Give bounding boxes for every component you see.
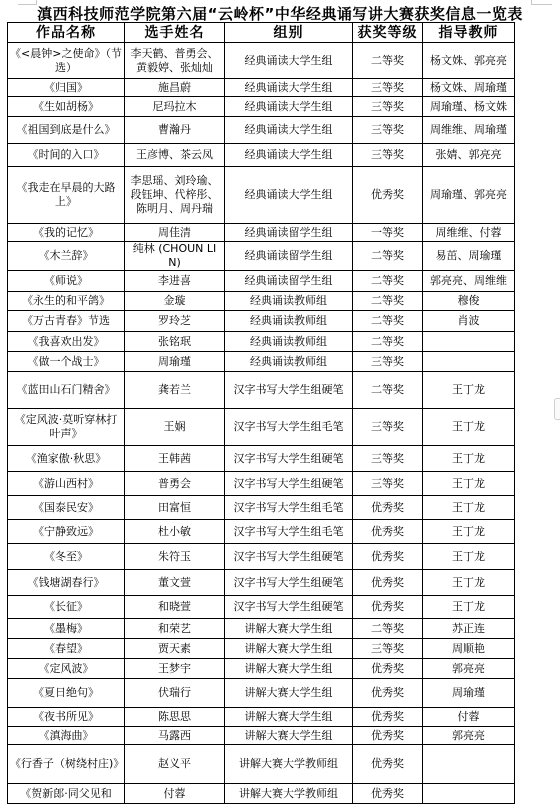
players-cell: 尼玛拉木	[125, 97, 225, 117]
table-row: 《木兰辞》纯林 (CHOUN LIN)经典诵读留学生组二等奖易茁、周瑜瑾	[8, 242, 515, 271]
table-row: 《滇海曲》马露西讲解大赛大学生组优秀奖郭亮亮	[8, 727, 515, 745]
teacher-cell: 王丁龙	[423, 372, 515, 409]
teacher-cell: 周维维、周瑜瑾	[423, 117, 515, 144]
group-cell: 汉字书写大学生组硬笔	[225, 596, 353, 619]
teacher-cell: 易茁、周瑜瑾	[423, 242, 515, 271]
header-level: 获奖等级	[353, 23, 423, 43]
players-cell: 普勇会	[125, 472, 225, 496]
work-cell: 《行香子（树绕村庄)》	[8, 745, 125, 784]
award-level-cell: 三等奖	[353, 472, 423, 496]
award-level-cell: 一等奖	[353, 224, 423, 242]
table-row: 《永生的和平鸽》金璇经典诵读教师组二等奖穆俊	[8, 292, 515, 311]
players-cell: 付蓉	[125, 784, 225, 804]
award-level-cell: 三等奖	[353, 639, 423, 659]
awards-table: 作品名称 选手姓名 组别 获奖等级 指导教师 《<晨钟>之使命》（节选）李天鹤、…	[7, 22, 515, 804]
teacher-cell: 郭亮亮	[423, 659, 515, 679]
teacher-cell: 王丁龙	[423, 544, 515, 570]
award-level-cell: 二等奖	[353, 372, 423, 409]
teacher-cell	[423, 352, 515, 372]
award-level-cell: 优秀奖	[353, 570, 423, 596]
table-row: 《定风波·莫听穿林打叶声》王娴汉字书写大学生组毛笔三等奖王丁龙	[8, 409, 515, 446]
players-cell: 罗玲芝	[125, 311, 225, 332]
award-level-cell: 优秀奖	[353, 745, 423, 784]
table-row: 《钱塘湖春行》董文萱汉字书写大学生组硬笔优秀奖王丁龙	[8, 570, 515, 596]
teacher-cell: 周瑜瑾、郭亮亮	[423, 167, 515, 224]
work-cell: 《钱塘湖春行》	[8, 570, 125, 596]
award-level-cell: 优秀奖	[353, 679, 423, 708]
award-level-cell: 优秀奖	[353, 167, 423, 224]
table-row: 《冬至》朱符玉汉字书写大学生组硬笔优秀奖王丁龙	[8, 544, 515, 570]
table-row: 《做一个战士》周瑜瑾经典诵读教师组三等奖	[8, 352, 515, 372]
players-cell: 王韩茜	[125, 446, 225, 472]
players-cell: 王娴	[125, 409, 225, 446]
group-cell: 汉字书写大学生组硬笔	[225, 570, 353, 596]
players-cell: 陈思思	[125, 708, 225, 727]
table-row: 《祖国到底是什么》曹瀚丹经典诵读大学生组三等奖周维维、周瑜瑾	[8, 117, 515, 144]
group-cell: 经典诵读大学生组	[225, 144, 353, 167]
teacher-cell: 周瑜瑾	[423, 679, 515, 708]
table-row: 《<晨钟>之使命》（节选）李天鹤、普勇会、黄毅婷、张灿灿经典诵读大学生组二等奖杨…	[8, 43, 515, 79]
award-level-cell: 三等奖	[353, 144, 423, 167]
header-work: 作品名称	[8, 23, 125, 43]
award-level-cell: 二等奖	[353, 271, 423, 292]
table-header-row: 作品名称 选手姓名 组别 获奖等级 指导教师	[8, 23, 515, 43]
work-cell: 《游山西村》	[8, 472, 125, 496]
work-cell: 《生如胡杨》	[8, 97, 125, 117]
group-cell: 经典诵读大学生组	[225, 117, 353, 144]
table-row: 《蓝田山石门精舍》龚若兰汉字书写大学生组硬笔二等奖王丁龙	[8, 372, 515, 409]
players-cell: 朱符玉	[125, 544, 225, 570]
table-row: 《夜书所见》陈思思讲解大赛大学生组优秀奖付蓉	[8, 708, 515, 727]
work-cell: 《夜书所见》	[8, 708, 125, 727]
work-cell: 《<晨钟>之使命》（节选）	[8, 43, 125, 79]
work-cell: 《长征》	[8, 596, 125, 619]
work-cell: 《定风波》	[8, 659, 125, 679]
table-row: 《我喜欢出发》张铭珉经典诵读教师组二等奖	[8, 332, 515, 352]
work-cell: 《夏日绝句》	[8, 679, 125, 708]
award-level-cell: 二等奖	[353, 43, 423, 79]
work-cell: 《定风波·莫听穿林打叶声》	[8, 409, 125, 446]
award-level-cell: 三等奖	[353, 409, 423, 446]
table-row: 《万古青春》节选罗玲芝经典诵读教师组二等奖肖波	[8, 311, 515, 332]
group-cell: 讲解大赛大学生组	[225, 619, 353, 639]
players-cell: 曹瀚丹	[125, 117, 225, 144]
table-row: 《渔家傲·秋思》王韩茜汉字书写大学生组硬笔三等奖王丁龙	[8, 446, 515, 472]
group-cell: 汉字书写大学生组硬笔	[225, 372, 353, 409]
award-level-cell: 二等奖	[353, 292, 423, 311]
teacher-cell: 肖波	[423, 311, 515, 332]
award-level-cell: 二等奖	[353, 242, 423, 271]
players-cell: 和晓萱	[125, 596, 225, 619]
award-level-cell: 二等奖	[353, 619, 423, 639]
players-cell: 杜小敏	[125, 520, 225, 544]
work-cell: 《木兰辞》	[8, 242, 125, 271]
teacher-cell	[423, 745, 515, 784]
award-level-cell: 二等奖	[353, 332, 423, 352]
teacher-cell: 周瑜瑾、杨文姝	[423, 97, 515, 117]
work-cell: 《春望》	[8, 639, 125, 659]
group-cell: 讲解大赛大学生组	[225, 659, 353, 679]
teacher-cell: 杨文姝、周瑜瑾	[423, 79, 515, 97]
header-players: 选手姓名	[125, 23, 225, 43]
work-cell: 《永生的和平鸽》	[8, 292, 125, 311]
players-cell: 张铭珉	[125, 332, 225, 352]
players-cell: 李思瑶、刘玲瑜、段钰坤、代梓彤、陈明月、周丹瑞	[125, 167, 225, 224]
players-cell: 纯林 (CHOUN LIN)	[125, 242, 225, 271]
players-cell: 李进喜	[125, 271, 225, 292]
players-cell: 周佳清	[125, 224, 225, 242]
group-cell: 汉字书写大学生组硬笔	[225, 544, 353, 570]
players-cell: 李天鹤、普勇会、黄毅婷、张灿灿	[125, 43, 225, 79]
teacher-cell	[423, 332, 515, 352]
group-cell: 讲解大赛大学教师组	[225, 745, 353, 784]
award-level-cell: 优秀奖	[353, 496, 423, 520]
teacher-cell: 郭亮亮、周维维	[423, 271, 515, 292]
group-cell: 经典诵读留学生组	[225, 224, 353, 242]
table-row: 《师说》李进喜经典诵读留学生组二等奖郭亮亮、周维维	[8, 271, 515, 292]
teacher-cell: 王丁龙	[423, 570, 515, 596]
table-row: 《国泰民安》田富恒汉字书写大学生组毛笔优秀奖王丁龙	[8, 496, 515, 520]
side-panel-tab[interactable]	[554, 398, 560, 420]
award-level-cell: 二等奖	[353, 311, 423, 332]
group-cell: 经典诵读教师组	[225, 311, 353, 332]
table-row: 《贺新郎·同父见和付蓉讲解大赛大学教师组优秀奖	[8, 784, 515, 804]
group-cell: 经典诵读大学生组	[225, 167, 353, 224]
players-cell: 王彦博、茶云凤	[125, 144, 225, 167]
players-cell: 田富恒	[125, 496, 225, 520]
table-row: 《春望》贾天素讲解大赛大学生组三等奖周顺艳	[8, 639, 515, 659]
table-row: 《长征》和晓萱汉字书写大学生组硬笔优秀奖王丁龙	[8, 596, 515, 619]
group-cell: 经典诵读留学生组	[225, 271, 353, 292]
players-cell: 施昌蔚	[125, 79, 225, 97]
teacher-cell: 周顺艳	[423, 639, 515, 659]
work-cell: 《渔家傲·秋思》	[8, 446, 125, 472]
work-cell: 《滇海曲》	[8, 727, 125, 745]
work-cell: 《归国》	[8, 79, 125, 97]
players-cell: 王梦宇	[125, 659, 225, 679]
teacher-cell: 王丁龙	[423, 596, 515, 619]
players-cell: 伏瑞行	[125, 679, 225, 708]
award-level-cell: 优秀奖	[353, 727, 423, 745]
teacher-cell: 穆俊	[423, 292, 515, 311]
group-cell: 经典诵读教师组	[225, 332, 353, 352]
table-row: 《我走在早晨的大路上》李思瑶、刘玲瑜、段钰坤、代梓彤、陈明月、周丹瑞经典诵读大学…	[8, 167, 515, 224]
players-cell: 董文萱	[125, 570, 225, 596]
group-cell: 经典诵读大学生组	[225, 43, 353, 79]
award-level-cell: 优秀奖	[353, 659, 423, 679]
group-cell: 经典诵读教师组	[225, 352, 353, 372]
table-body: 《<晨钟>之使命》（节选）李天鹤、普勇会、黄毅婷、张灿灿经典诵读大学生组二等奖杨…	[8, 43, 515, 804]
table-row: 《夏日绝句》伏瑞行讲解大赛大学生组优秀奖周瑜瑾	[8, 679, 515, 708]
work-cell: 《我喜欢出发》	[8, 332, 125, 352]
teacher-cell: 付蓉	[423, 708, 515, 727]
teacher-cell: 张婧、郭亮亮	[423, 144, 515, 167]
header-group: 组别	[225, 23, 353, 43]
group-cell: 汉字书写大学生组硬笔	[225, 472, 353, 496]
players-cell: 赵义平	[125, 745, 225, 784]
players-cell: 和荣艺	[125, 619, 225, 639]
teacher-cell: 苏正连	[423, 619, 515, 639]
group-cell: 经典诵读大学生组	[225, 97, 353, 117]
award-level-cell: 优秀奖	[353, 544, 423, 570]
group-cell: 经典诵读大学生组	[225, 79, 353, 97]
work-cell: 《宁静致远》	[8, 520, 125, 544]
award-level-cell: 优秀奖	[353, 708, 423, 727]
group-cell: 汉字书写大学生组毛笔	[225, 496, 353, 520]
group-cell: 讲解大赛大学生组	[225, 639, 353, 659]
players-cell: 周瑜瑾	[125, 352, 225, 372]
teacher-cell: 王丁龙	[423, 520, 515, 544]
work-cell: 《墨梅》	[8, 619, 125, 639]
players-cell: 马露西	[125, 727, 225, 745]
table-row: 《墨梅》和荣艺讲解大赛大学生组二等奖苏正连	[8, 619, 515, 639]
work-cell: 《我的记忆》	[8, 224, 125, 242]
award-level-cell: 优秀奖	[353, 784, 423, 804]
group-cell: 汉字书写大学生组硬笔	[225, 446, 353, 472]
players-cell: 贾天素	[125, 639, 225, 659]
table-row: 《定风波》王梦宇讲解大赛大学生组优秀奖郭亮亮	[8, 659, 515, 679]
teacher-cell: 周维维、付蓉	[423, 224, 515, 242]
work-cell: 《贺新郎·同父见和	[8, 784, 125, 804]
teacher-cell: 王丁龙	[423, 446, 515, 472]
award-level-cell: 优秀奖	[353, 520, 423, 544]
table-row: 《我的记忆》周佳清经典诵读留学生组一等奖周维维、付蓉	[8, 224, 515, 242]
group-cell: 汉字书写大学生组毛笔	[225, 409, 353, 446]
table-row: 《游山西村》普勇会汉字书写大学生组硬笔三等奖王丁龙	[8, 472, 515, 496]
group-cell: 汉字书写大学生组毛笔	[225, 520, 353, 544]
work-cell: 《我走在早晨的大路上》	[8, 167, 125, 224]
award-level-cell: 三等奖	[353, 79, 423, 97]
work-cell: 《国泰民安》	[8, 496, 125, 520]
group-cell: 讲解大赛大学教师组	[225, 784, 353, 804]
work-cell: 《时间的入口》	[8, 144, 125, 167]
teacher-cell: 郭亮亮	[423, 727, 515, 745]
teacher-cell: 杨文姝、郭亮亮	[423, 43, 515, 79]
group-cell: 经典诵读教师组	[225, 292, 353, 311]
award-level-cell: 三等奖	[353, 117, 423, 144]
work-cell: 《万古青春》节选	[8, 311, 125, 332]
award-level-cell: 优秀奖	[353, 596, 423, 619]
table-row: 《归国》施昌蔚经典诵读大学生组三等奖杨文姝、周瑜瑾	[8, 79, 515, 97]
work-cell: 《蓝田山石门精舍》	[8, 372, 125, 409]
award-level-cell: 三等奖	[353, 446, 423, 472]
award-level-cell: 三等奖	[353, 97, 423, 117]
players-cell: 龚若兰	[125, 372, 225, 409]
group-cell: 讲解大赛大学生组	[225, 727, 353, 745]
players-cell: 金璇	[125, 292, 225, 311]
teacher-cell: 王丁龙	[423, 472, 515, 496]
header-teacher: 指导教师	[423, 23, 515, 43]
table-row: 《宁静致远》杜小敏汉字书写大学生组毛笔优秀奖王丁龙	[8, 520, 515, 544]
group-cell: 经典诵读留学生组	[225, 242, 353, 271]
table-row: 《时间的入口》王彦博、茶云凤经典诵读大学生组三等奖张婧、郭亮亮	[8, 144, 515, 167]
work-cell: 《师说》	[8, 271, 125, 292]
teacher-cell	[423, 784, 515, 804]
award-level-cell: 三等奖	[353, 352, 423, 372]
table-row: 《行香子（树绕村庄)》赵义平讲解大赛大学教师组优秀奖	[8, 745, 515, 784]
table-row: 《生如胡杨》尼玛拉木经典诵读大学生组三等奖周瑜瑾、杨文姝	[8, 97, 515, 117]
group-cell: 讲解大赛大学生组	[225, 679, 353, 708]
teacher-cell: 王丁龙	[423, 496, 515, 520]
document-title: 滇西科技师范学院第六届“云岭杯”中华经典诵写讲大赛获奖信息一览表	[0, 3, 560, 24]
work-cell: 《做一个战士》	[8, 352, 125, 372]
group-cell: 讲解大赛大学生组	[225, 708, 353, 727]
teacher-cell: 王丁龙	[423, 409, 515, 446]
work-cell: 《冬至》	[8, 544, 125, 570]
work-cell: 《祖国到底是什么》	[8, 117, 125, 144]
